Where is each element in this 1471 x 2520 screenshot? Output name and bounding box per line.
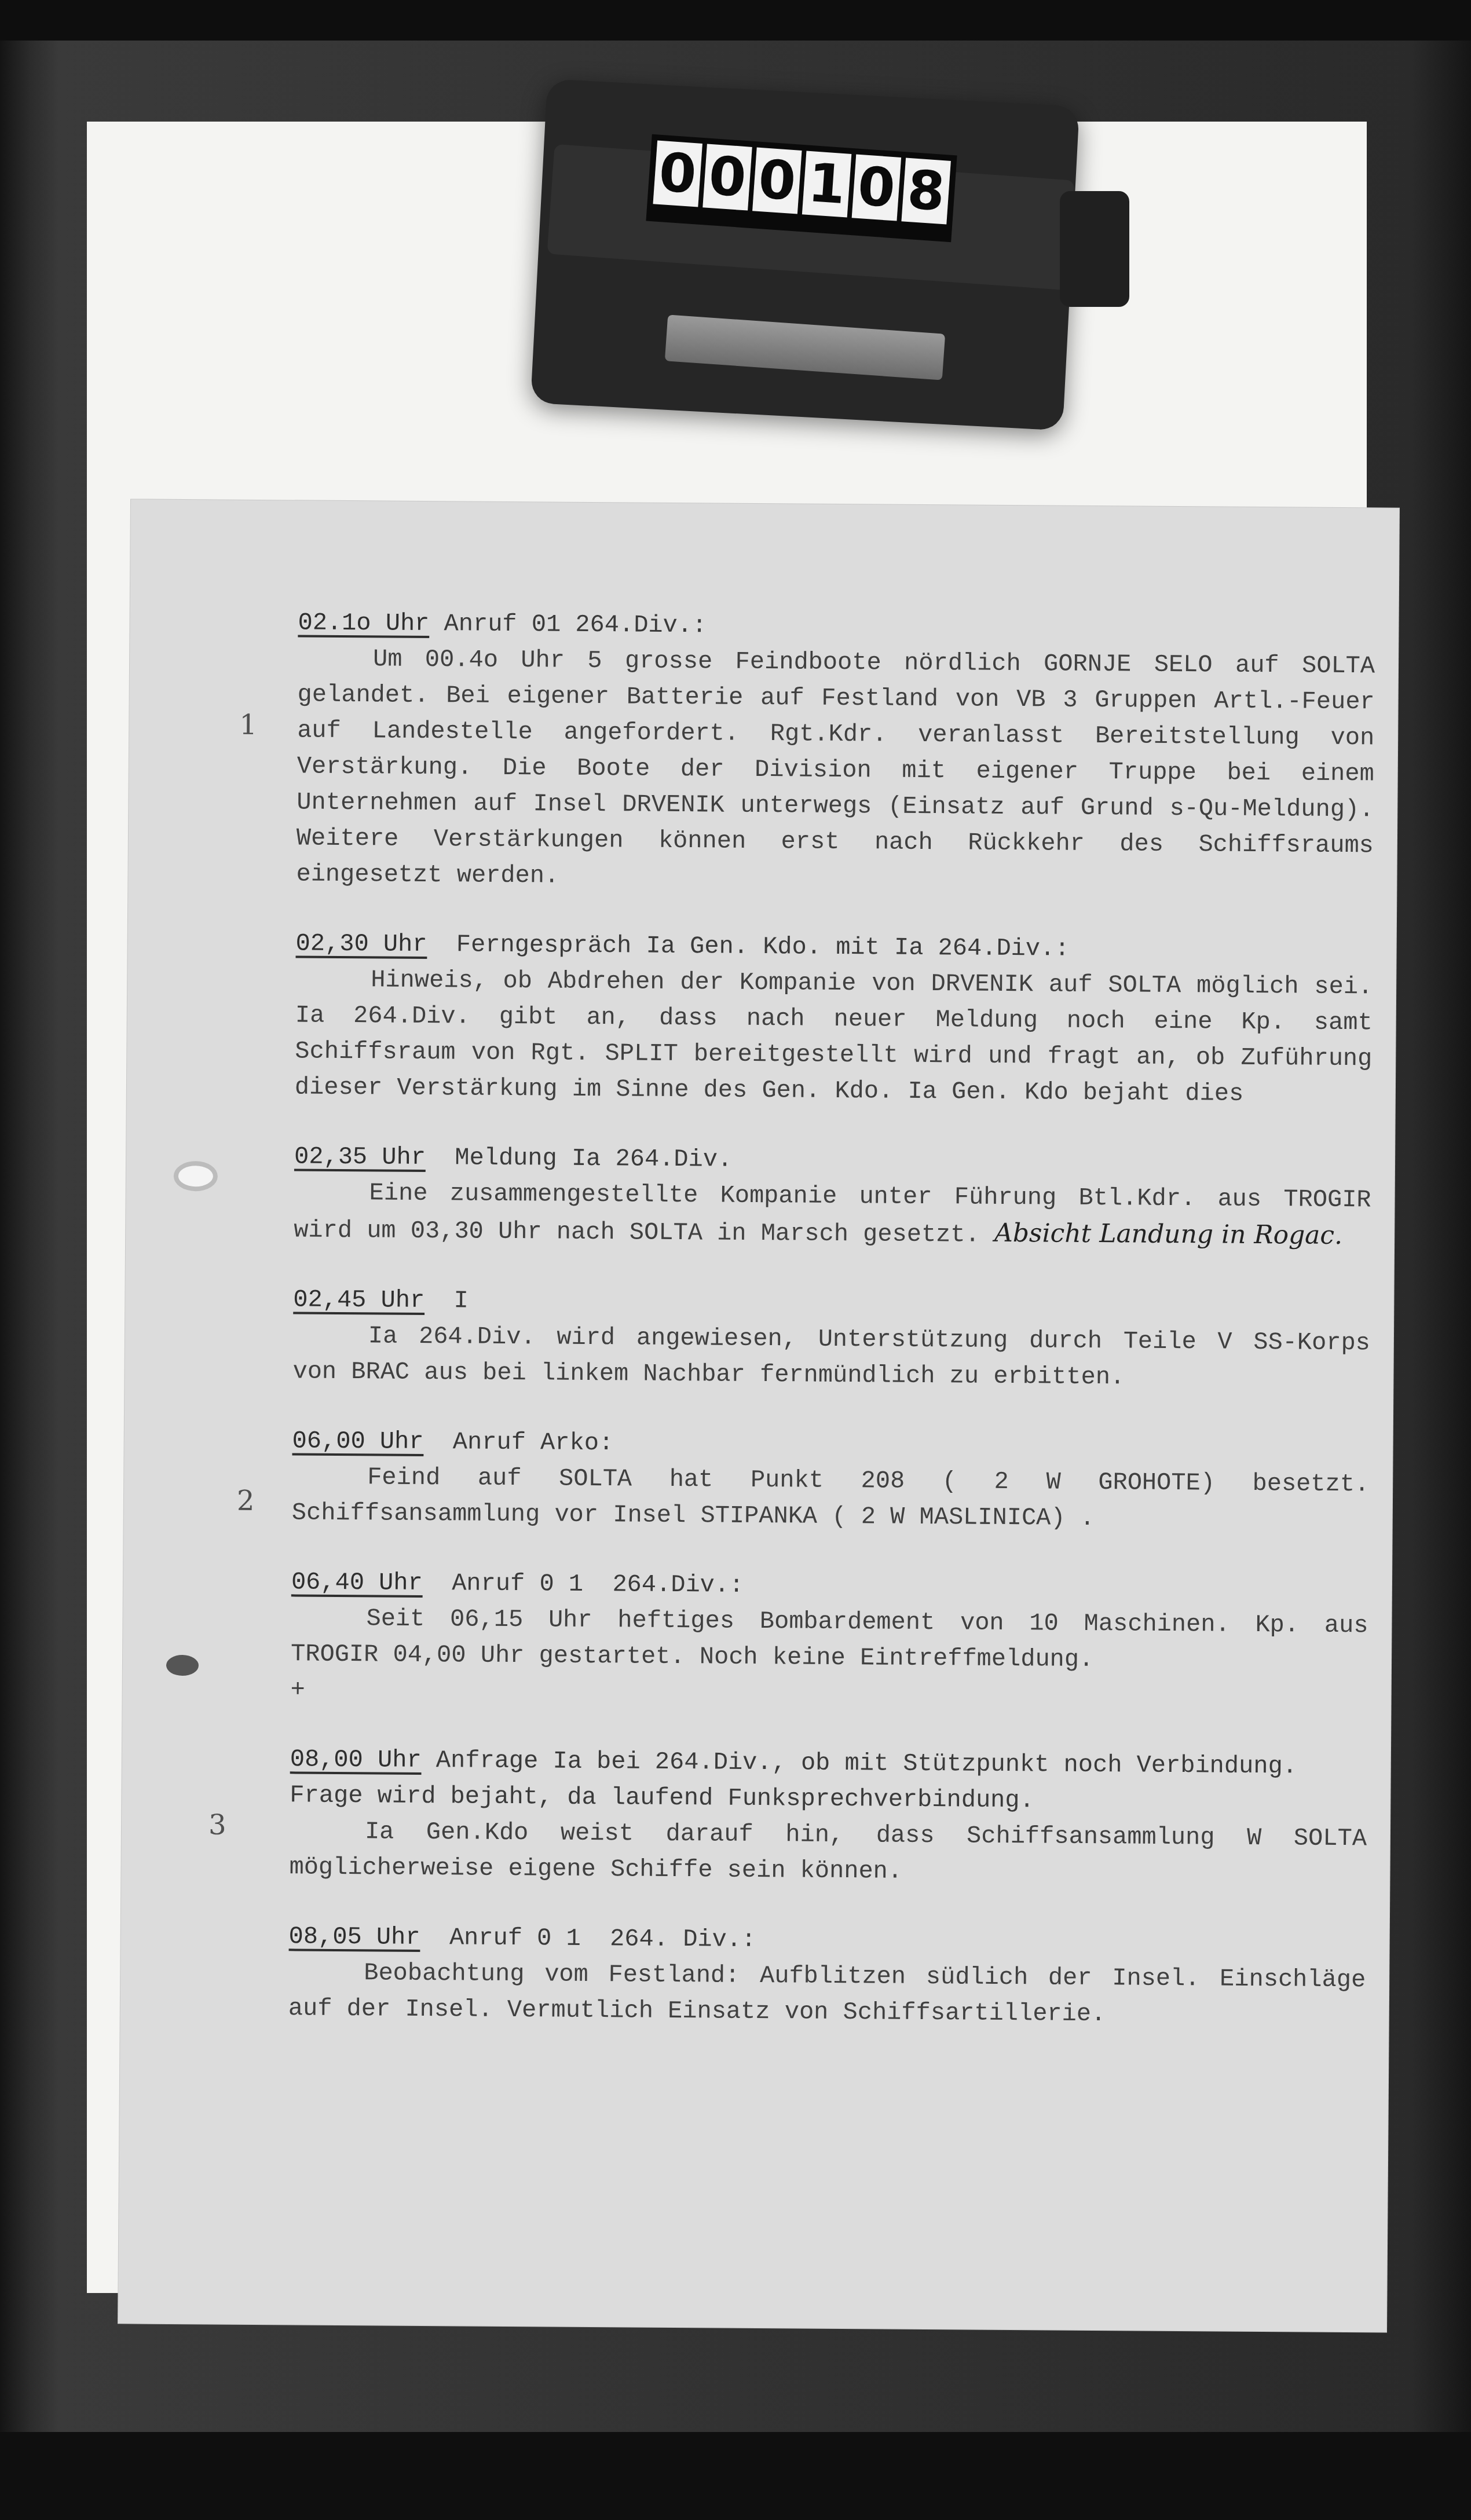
entry-body-2: Ia Gen.Kdo weist darauf hin, dass Schiff… bbox=[289, 1818, 1367, 1885]
punch-hole bbox=[178, 1166, 213, 1186]
counter-digit: 1 bbox=[802, 151, 851, 217]
entry-time: 02,45 Uhr bbox=[293, 1285, 425, 1314]
diary-entry: 08,00 Uhr Anfrage Ia bei 264.Div., ob mi… bbox=[289, 1741, 1367, 1892]
counter-digit: 0 bbox=[752, 147, 802, 214]
counter-knob bbox=[1060, 191, 1129, 307]
frame-counter-device: 0 0 0 1 0 8 bbox=[539, 93, 1147, 417]
counter-digit: 0 bbox=[653, 140, 702, 207]
entry-body: Um 00.4o Uhr 5 grosse Feindboote nördlic… bbox=[296, 645, 1375, 889]
counter-digit: 8 bbox=[901, 157, 950, 224]
entry-heading: Anruf 01 264.Div.: bbox=[444, 610, 707, 639]
entry-time: 08,05 Uhr bbox=[289, 1922, 420, 1951]
entry-time: 06,00 Uhr bbox=[292, 1427, 424, 1456]
entry-time: 02.1o Uhr bbox=[298, 609, 429, 638]
margin-note-1: 1 bbox=[239, 709, 257, 741]
diary-entry: 06,00 Uhr Anruf Arko: Feind auf SOLTA ha… bbox=[292, 1423, 1370, 1538]
film-border-bottom bbox=[0, 2432, 1471, 2520]
diary-entry: 02,35 Uhr Meldung Ia 264.Div. Eine zusam… bbox=[294, 1138, 1371, 1255]
entry-heading: I bbox=[453, 1287, 469, 1314]
entry-heading: Anruf 0 1 264. Div.: bbox=[449, 1924, 756, 1954]
entry-body: Seit 06,15 Uhr heftiges Bombardement von… bbox=[291, 1605, 1368, 1673]
entry-heading: Meldung Ia 264.Div. bbox=[455, 1144, 732, 1173]
entry-body: Frage wird bejaht, da laufend Funksprech… bbox=[290, 1781, 1034, 1814]
entry-body: Feind auf SOLTA hat Punkt 208 ( 2 W GROH… bbox=[292, 1463, 1370, 1532]
entry-body: Ia 264.Div. wird angewiesen, Unterstützu… bbox=[292, 1322, 1370, 1391]
entry-heading: Anruf 0 1 264.Div.: bbox=[452, 1569, 744, 1599]
entry-time: 06,40 Uhr bbox=[291, 1568, 423, 1597]
diary-entry: 06,40 Uhr Anruf 0 1 264.Div.: Seit 06,15… bbox=[290, 1564, 1368, 1715]
diary-entry: 08,05 Uhr Anruf 0 1 264. Div.: Beobachtu… bbox=[288, 1918, 1366, 2034]
diary-entry: 02,30 Uhr Ferngespräch Ia Gen. Kdo. mit … bbox=[295, 925, 1373, 1112]
film-border-top bbox=[0, 0, 1471, 41]
entry-time: 02,35 Uhr bbox=[294, 1142, 426, 1171]
margin-plus: + bbox=[290, 1672, 1367, 1715]
handwritten-note: Absicht Landung in Rogac. bbox=[994, 1218, 1342, 1250]
entry-heading: Anruf Arko: bbox=[453, 1428, 614, 1457]
entry-body: Beobachtung vom Festland: Aufblitzen süd… bbox=[288, 1959, 1366, 2028]
counter-digit: 0 bbox=[702, 144, 752, 210]
counter-digit: 0 bbox=[852, 154, 901, 221]
punch-mark bbox=[166, 1655, 199, 1676]
entry-body: Hinweis, ob Abdrehen der Kompanie von DR… bbox=[295, 966, 1373, 1108]
diary-entry: 02.1o Uhr Anruf 01 264.Div.: Um 00.4o Uh… bbox=[296, 605, 1375, 899]
diary-entries: 02.1o Uhr Anruf 01 264.Div.: Um 00.4o Uh… bbox=[288, 605, 1375, 2067]
margin-note-3: 3 bbox=[208, 1808, 226, 1841]
entry-time: 02,30 Uhr bbox=[296, 929, 427, 958]
document-page: 1 2 3 02.1o Uhr Anruf 01 264.Div.: Um 00… bbox=[118, 499, 1399, 2332]
entry-time: 08,00 Uhr bbox=[290, 1745, 422, 1774]
entry-heading: Anfrage Ia bei 264.Div., ob mit Stützpun… bbox=[436, 1746, 1297, 1780]
margin-note-2: 2 bbox=[237, 1485, 255, 1517]
entry-heading: Ferngespräch Ia Gen. Kdo. mit Ia 264.Div… bbox=[456, 931, 1070, 962]
diary-entry: 02,45 Uhr I Ia 264.Div. wird angewiesen,… bbox=[292, 1281, 1370, 1397]
